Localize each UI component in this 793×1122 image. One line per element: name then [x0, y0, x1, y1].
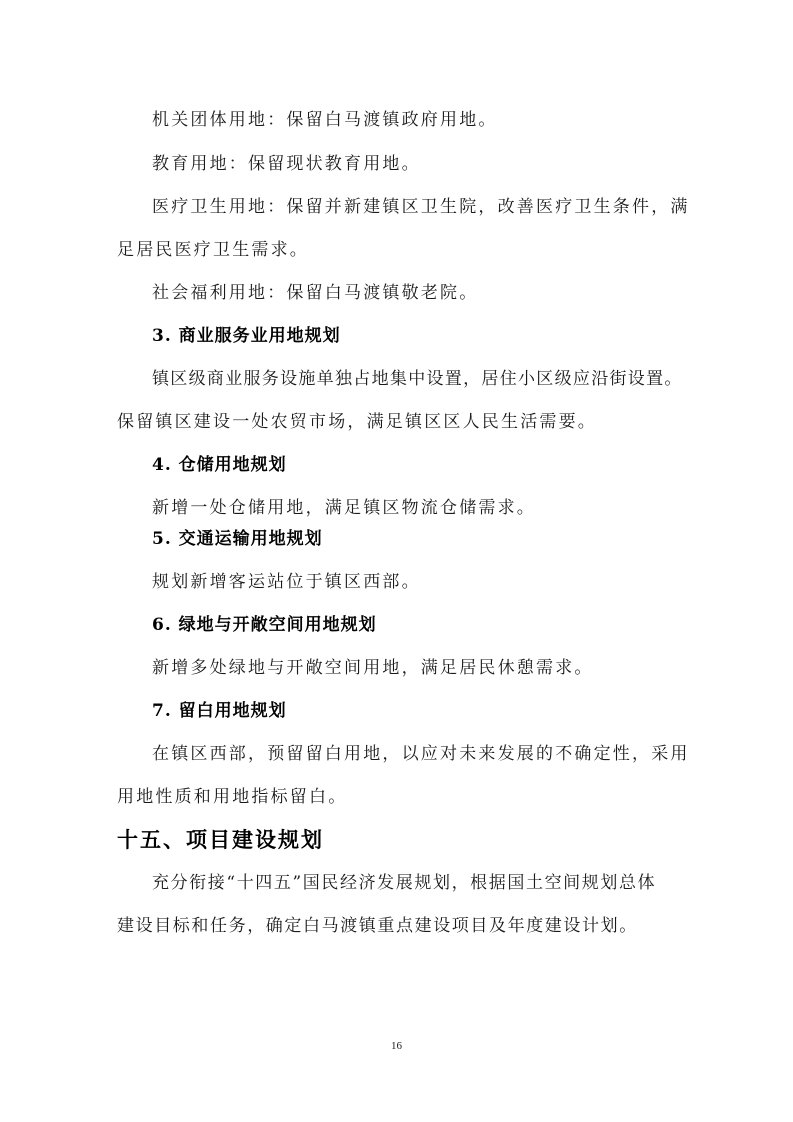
document-page: 机关团体用地：保留白马渡镇政府用地。 教育用地：保留现状教育用地。 医疗卫生用地… [0, 0, 793, 1122]
paragraph-government-land: 机关团体用地：保留白马渡镇政府用地。 [152, 108, 498, 132]
paragraph-storage: 新增一处仓储用地，满足镇区物流仓储需求。 [152, 496, 536, 520]
heading-project-planning: 十五、项目建设规划 [117, 826, 324, 854]
paragraph-transport: 规划新增客运站位于镇区西部。 [152, 570, 421, 594]
paragraph-project-line2: 建设目标和任务，确定白马渡镇重点建设项目及年度建设计划。 [117, 914, 638, 938]
heading-green-space-land: 6. 绿地与开敞空间用地规划 [152, 613, 377, 637]
heading-transport-land: 5. 交通运输用地规划 [152, 527, 323, 551]
paragraph-reserved-line2: 用地性质和用地指标留白。 [117, 785, 347, 809]
paragraph-commercial-line2: 保留镇区建设一处农贸市场，满足镇区区人民生活需要。 [117, 410, 597, 434]
paragraph-medical-land-line2: 足居民医疗卫生需求。 [117, 238, 309, 262]
heading-commercial-land: 3. 商业服务业用地规划 [152, 324, 341, 348]
paragraph-reserved-line1: 在镇区西部，预留留白用地，以应对未来发展的不确定性，采用 [152, 742, 690, 766]
page-number: 16 [0, 1040, 793, 1052]
paragraph-medical-land-line1: 医疗卫生用地：保留并新建镇区卫生院，改善医疗卫生条件，满 [152, 195, 690, 219]
paragraph-green-space: 新增多处绿地与开敞空间用地，满足居民休憩需求。 [152, 656, 594, 680]
paragraph-commercial-line1: 镇区级商业服务设施单独占地集中设置，居住小区级应沿街设置。 [152, 367, 683, 391]
paragraph-project-line1: 充分衔接“十四五”国民经济发展规划，根据国土空间规划总体 [152, 871, 656, 895]
heading-storage-land: 4. 仓储用地规划 [152, 453, 287, 477]
paragraph-welfare-land: 社会福利用地：保留白马渡镇敬老院。 [152, 281, 478, 305]
heading-reserved-land: 7. 留白用地规划 [152, 699, 287, 723]
paragraph-education-land: 教育用地：保留现状教育用地。 [152, 152, 421, 176]
